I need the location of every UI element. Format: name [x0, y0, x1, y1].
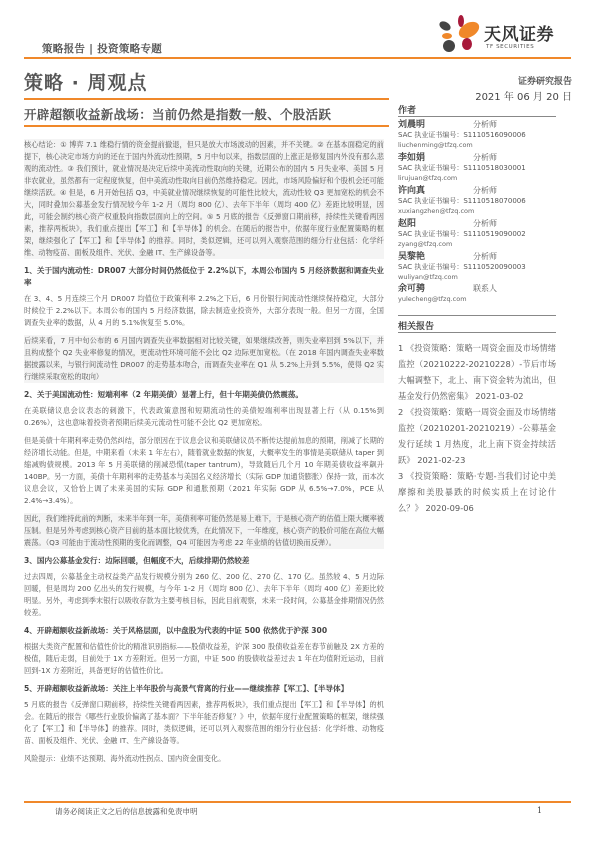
- author-name: 刘晨明: [398, 120, 473, 130]
- report-body: 核心结论：① 博弈 7.1 维稳行情的资金提前撤退，但只是放大市场波动的因素，并…: [24, 139, 384, 771]
- section-2-paragraph: 但是美债十年期利率走势仍然纠结，部分原因在于议息会议和美联储议员不断传达提前加息…: [24, 435, 384, 507]
- author-entry: 许向真分析师 SAC 执业证书编号：S1110518070006 xuxiang…: [398, 186, 578, 216]
- author-name: 吴黎艳: [398, 252, 473, 262]
- related-top-divider: [398, 315, 556, 316]
- related-report-item[interactable]: 1 《投资策略：策略一周资金面及市场情绪监控（20210222-20210228…: [398, 340, 556, 404]
- author-role: 分析师: [473, 252, 497, 261]
- logo-text-en: TF SECURITIES: [486, 44, 534, 50]
- section-5-title: 5、开辟超额收益新战场：关注上半年股价与高景气背离的行业——继续推荐【军工】、【…: [24, 683, 384, 695]
- author-email[interactable]: zyang@tfzq.com: [398, 239, 578, 249]
- author-entry: 吴黎艳分析师 SAC 执业证书编号：S1110520090003 wuliyan…: [398, 252, 578, 282]
- author-name: 赵阳: [398, 219, 473, 229]
- author-cert: SAC 执业证书编号：S1110519090002: [398, 229, 578, 239]
- author-entry: 赵阳分析师 SAC 执业证书编号：S1110519090002 zyang@tf…: [398, 219, 578, 249]
- section-3-title: 3、国内公募基金发行：边际回暖，但幅度不大，后续排期仍然较差: [24, 555, 384, 567]
- author-role: 分析师: [473, 186, 497, 195]
- related-reports-list: 1 《投资策略：策略一周资金面及市场情绪监控（20210222-20210228…: [398, 340, 556, 516]
- page-number: 1: [537, 806, 542, 815]
- authors-heading: 作者: [398, 103, 416, 116]
- author-role: 分析师: [473, 120, 497, 129]
- logo-text: 天风证券: [484, 20, 554, 45]
- footer-disclaimer: 请务必阅读正文之后的信息披露和免责申明: [55, 806, 198, 817]
- author-role: 分析师: [473, 153, 497, 162]
- author-email[interactable]: yulecheng@tfzq.com: [398, 294, 578, 304]
- related-report-item[interactable]: 3 《投资策略：策略·专题-当我们讨论中美摩擦和美股暴跌的时候实质上在讨论什么？…: [398, 468, 556, 516]
- author-role: 分析师: [473, 219, 497, 228]
- section-2-paragraph: 在美联储议息会议表态的刺激下，代表政策意图和短期流动性的美债短端利率出现显著上行…: [24, 405, 384, 429]
- section-2-paragraph: 因此，我们维持此前的判断，未来半年到一年，美债利率可能仍然是易上难下，于是核心资…: [24, 513, 384, 549]
- author-email[interactable]: xuxiangzhen@tfzq.com: [398, 206, 578, 216]
- related-heading: 相关报告: [398, 319, 434, 332]
- author-name: 许向真: [398, 186, 473, 196]
- report-type: 证券研究报告: [518, 74, 572, 87]
- report-category: 策略报告 | 投资策略专题: [42, 41, 162, 56]
- related-report-item[interactable]: 2 《投资策略：策略一周资金面及市场情绪监控（20210201-20210219…: [398, 404, 556, 468]
- header-divider: [24, 57, 571, 59]
- authors-divider: [398, 116, 556, 117]
- report-date: 2021 年 06 月 20 日: [475, 88, 572, 103]
- company-logo: 天风证券 TF SECURITIES: [437, 14, 562, 54]
- section-1-paragraph: 后续来看，7 月中旬公布的 6 月国内调查失业率数据相对比较关键，如果继续改善，…: [24, 335, 384, 383]
- author-cert: SAC 执业证书编号：S1110520090003: [398, 262, 578, 272]
- section-5-paragraph: 5 月底的报告《反弹窗口期前移，持续性关键看两因素，推荐两板块》，我们重点提出【…: [24, 699, 384, 747]
- related-divider: [398, 332, 556, 333]
- section-2-title: 2、关于美国流动性：短端利率（2 年期美债）显著上行，但十年期美债仍然震荡。: [24, 389, 384, 401]
- author-role: 联系人: [473, 284, 497, 293]
- title-divider: [24, 98, 389, 100]
- page-title: 策略 · 周观点: [24, 68, 147, 95]
- section-4-paragraph: 根据大类资产配置和估值性价比的精准识别指标——股债收益差，沪深 300 股债收益…: [24, 641, 384, 677]
- author-cert: SAC 执业证书编号：S1110516090006: [398, 130, 578, 140]
- author-cert: SAC 执业证书编号：S1110518070006: [398, 196, 578, 206]
- risk-warning: 风险提示：业绩不达预期、海外流动性拐点、国内资金面变化。: [24, 753, 384, 765]
- section-1-paragraph: 在 3、4、5 月连续三个月 DR007 均值位于政策利率 2.2%之下后，6 …: [24, 293, 384, 329]
- subtitle-divider: [24, 125, 389, 127]
- author-email[interactable]: wuliyan@tfzq.com: [398, 272, 578, 282]
- core-conclusion: 核心结论：① 博弈 7.1 维稳行情的资金提前撤退，但只是放大市场波动的因素，并…: [24, 139, 384, 259]
- author-email[interactable]: liuchenming@tfzq.com: [398, 140, 578, 150]
- author-name: 李如娟: [398, 153, 473, 163]
- section-3-paragraph: 过去四周，公募基金主动权益类产品发行规模分别为 260 亿、200 亿、270 …: [24, 571, 384, 619]
- author-entry: 刘晨明分析师 SAC 执业证书编号：S1110516090006 liuchen…: [398, 120, 578, 150]
- section-4-title: 4、开辟超额收益新战场：关于风格层面，以中盘股为代表的中证 500 依然优于沪深…: [24, 625, 384, 637]
- report-subtitle: 开辟超额收益新战场：当前仍然是指数一般、个股活跃: [24, 105, 331, 123]
- logo-mark-icon: [437, 14, 481, 54]
- author-entry: 余可骋联系人 yulecheng@tfzq.com: [398, 284, 578, 304]
- footer-divider: [24, 801, 571, 803]
- author-email[interactable]: lirujuan@tfzq.com: [398, 173, 578, 183]
- author-entry: 李如娟分析师 SAC 执业证书编号：S1110518030001 lirujua…: [398, 153, 578, 183]
- section-1-title: 1、关于国内流动性：DR007 大部分时间仍然低位于 2.2%以下，本周公布国内…: [24, 265, 384, 289]
- author-cert: SAC 执业证书编号：S1110518030001: [398, 163, 578, 173]
- author-name: 余可骋: [398, 284, 473, 294]
